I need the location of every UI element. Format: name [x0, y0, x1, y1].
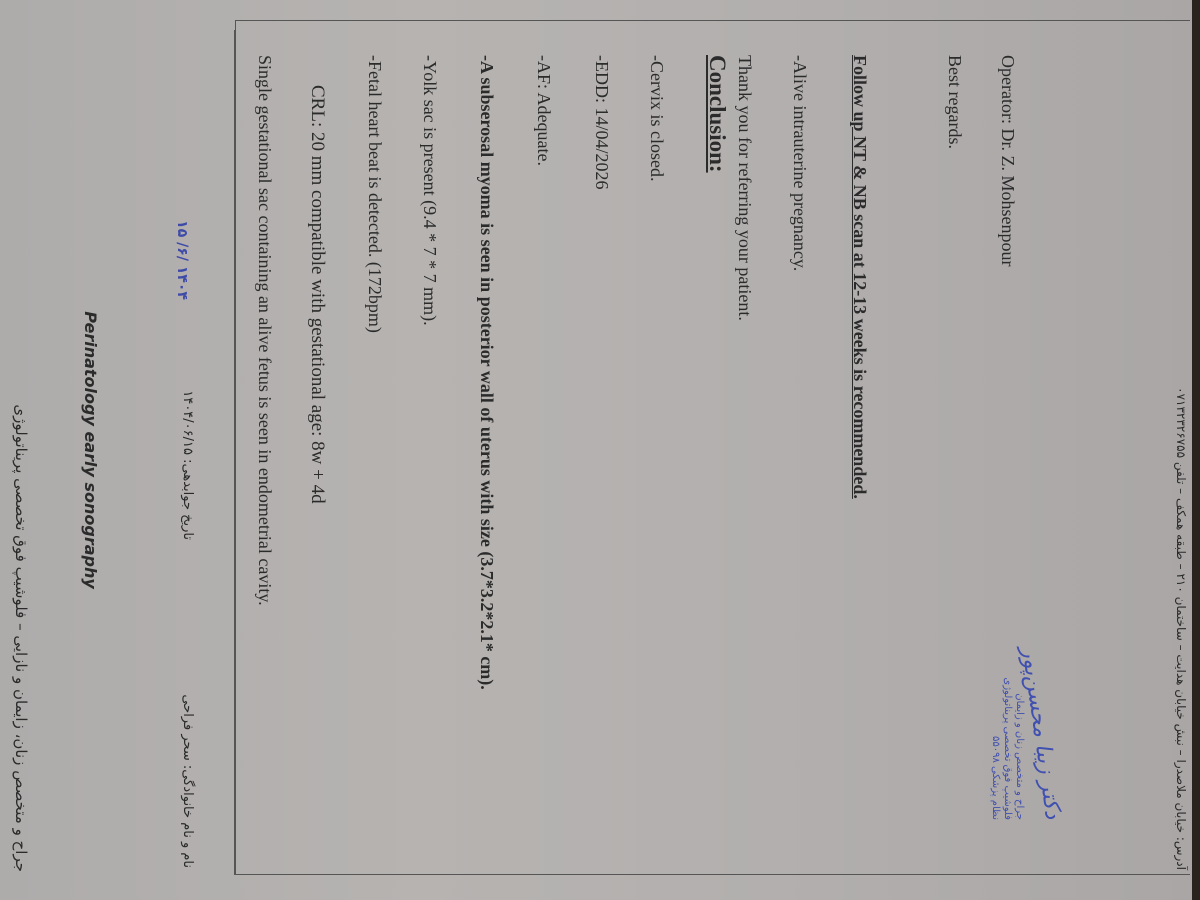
report-date: تاریخ جوابدهی: ۱۴۰۴/۰۶/۱۵: [180, 260, 195, 540]
stamp-line-3: نظام پزشکی ۵۵۰۹۸: [989, 600, 1001, 820]
followup-recommendation: Follow up NT & NB scan at 12-13 weeks is…: [849, 55, 870, 499]
finding-intro: Single gestational sac containing an ali…: [254, 55, 275, 606]
finding-crl: CRL: 20 mm compatible with gestational a…: [306, 85, 328, 504]
finding-af: -AF: Adequate.: [533, 55, 554, 166]
conclusion-result: -Alive intrauterine pregnancy.: [789, 55, 810, 271]
finding-myoma: -A subserosal myoma is seen in posterior…: [476, 55, 497, 690]
best-regards: Best regards.: [944, 55, 965, 149]
footer-address: آدرس: خیابان ملاصدرا – نبش خیابان هدایت …: [1174, 50, 1188, 870]
finding-edd: -EDD: 14/04/2026: [591, 55, 612, 190]
conclusion-thanks: Thank you for referring your patient.: [734, 55, 755, 321]
finding-heart: -Fetal heart beat is detected. (172bpm): [364, 55, 385, 333]
report-title: Perinatology early sonography: [81, 250, 100, 650]
clinic-header: جراح و متخصص زنان، زایمان و نازایی – فلو…: [12, 372, 30, 872]
report-page: جراح و متخصص زنان، زایمان و نازایی – فلو…: [0, 0, 1200, 900]
patient-name: نام و نام خانوادگی: سحر فراحی: [180, 518, 195, 868]
doctor-stamp: دکتر زیبا محسن‌پور جراح و متخصص زنان و ز…: [950, 600, 1050, 820]
finding-cervix: -Cervix is closed.: [646, 55, 667, 181]
handwritten-date: ۱۴۰۴ /۶/ ۱۵: [174, 170, 190, 300]
finding-yolk: -Yolk sac is present (9.4 * 7 * 7 mm).: [419, 55, 440, 326]
stamp-line-2: فلوشیپ فوق تخصصی پریناتولوژی: [1001, 600, 1013, 820]
conclusion-heading: Conclusion:: [704, 55, 730, 173]
operator-name: Operator: Dr. Z. Mohsenpour: [997, 55, 1018, 266]
